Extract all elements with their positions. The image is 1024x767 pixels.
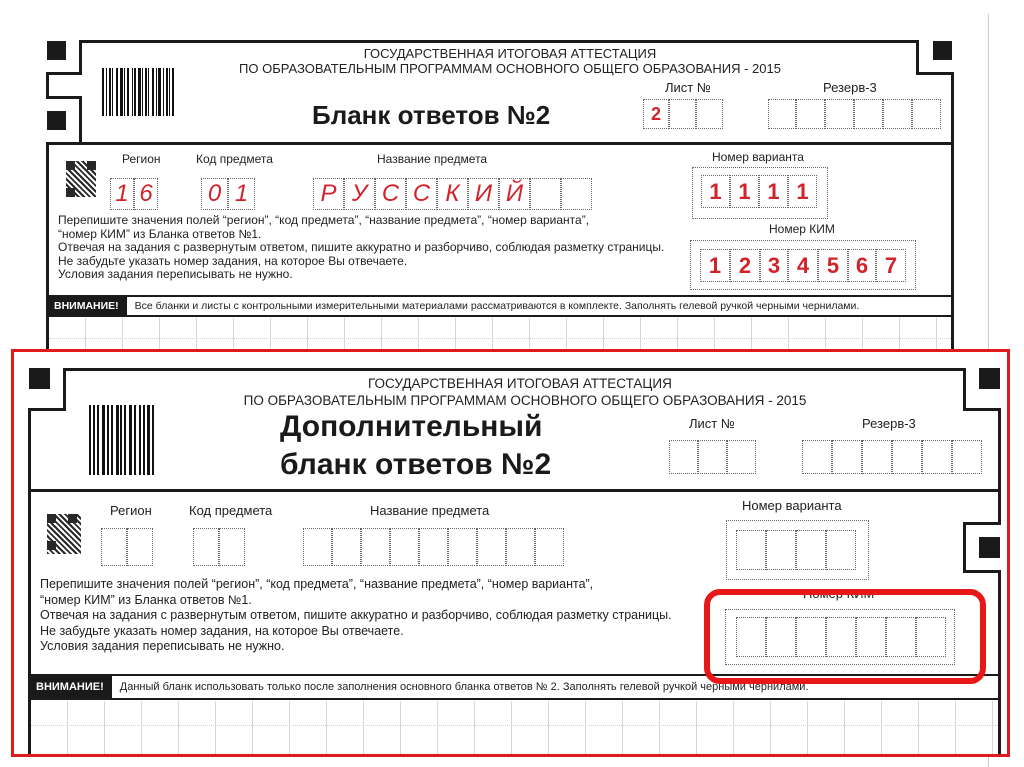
kim-highlight [704, 589, 986, 684]
kim-cell[interactable]: 6 [848, 249, 876, 282]
subject-name-cell[interactable]: У [344, 178, 375, 210]
variant-cell[interactable]: 1 [788, 175, 817, 208]
frame-line [46, 72, 82, 75]
region-label: Регион [122, 152, 161, 166]
frame-line [46, 96, 82, 99]
kim-cell[interactable]: 2 [730, 249, 760, 282]
subject-name-cell[interactable]: С [375, 178, 406, 210]
subject-name-label: Название предмета [377, 152, 487, 166]
reserve-cell[interactable] [854, 99, 883, 129]
subject-name-cells: Р У С С К И Й [313, 178, 592, 210]
form-title: Бланк ответов №2 [312, 100, 550, 131]
frame-line [46, 72, 49, 98]
variant-cells: 1 1 1 1 [701, 175, 817, 208]
reserve-cells [768, 99, 941, 129]
region-cells: 1 6 [110, 178, 158, 210]
barcode [102, 68, 174, 116]
warning-text: Все бланки и листы с контрольными измери… [127, 300, 860, 312]
subject-name-cell[interactable]: С [406, 178, 437, 210]
subject-code-label: Код предмета [196, 152, 273, 166]
frame-line [916, 72, 954, 75]
sheet-number-cell[interactable] [669, 99, 696, 129]
kim-label: Номер КИМ [769, 222, 835, 236]
kim-cell[interactable]: 1 [700, 249, 730, 282]
reserve-cell[interactable] [796, 99, 825, 129]
answer-grid[interactable] [49, 318, 951, 350]
warning-label: ВНИМАНИЕ! [46, 297, 127, 315]
instruction-line: Не забудьте указать номер задания, на ко… [58, 255, 664, 269]
frame-line [79, 40, 82, 73]
instruction-line: Перепишите значения полей “регион”, “код… [58, 214, 664, 228]
subject-name-cell[interactable]: Й [499, 178, 530, 210]
frame-line [46, 142, 954, 145]
region-cell[interactable]: 1 [110, 178, 134, 210]
reserve-cell[interactable] [883, 99, 912, 129]
frame-line [916, 40, 919, 74]
subject-name-cell[interactable] [530, 178, 561, 210]
subject-code-cell[interactable]: 1 [228, 178, 255, 210]
marker-square [933, 41, 952, 60]
subject-name-cell[interactable]: К [437, 178, 468, 210]
sheet-number-cell[interactable]: 2 [643, 99, 669, 129]
region-cell[interactable]: 6 [134, 178, 158, 210]
sheet-number-label: Лист № [665, 80, 711, 95]
reserve-cell[interactable] [825, 99, 854, 129]
reserve-label: Резерв-3 [823, 80, 877, 95]
variant-cell[interactable]: 1 [701, 175, 730, 208]
subject-name-cell[interactable]: И [468, 178, 499, 210]
subject-code-cell[interactable]: 0 [201, 178, 228, 210]
reserve-cell[interactable] [912, 99, 941, 129]
subject-name-cell[interactable] [561, 178, 592, 210]
qr-code [66, 161, 96, 197]
sheet-number-cell[interactable] [696, 99, 723, 129]
kim-cell[interactable]: 5 [818, 249, 848, 282]
subject-code-cells: 0 1 [201, 178, 255, 210]
variant-cell[interactable]: 1 [759, 175, 788, 208]
instructions: Перепишите значения полей “регион”, “код… [58, 214, 664, 282]
kim-cell[interactable]: 7 [876, 249, 906, 282]
header-line-1: ГОСУДАРСТВЕННАЯ ИТОГОВАЯ АТТЕСТАЦИЯ [360, 46, 660, 62]
marker-square [47, 111, 66, 130]
sheet-number-cells: 2 [643, 99, 723, 129]
frame-line [79, 96, 82, 144]
warning-bar: ВНИМАНИЕ! Все бланки и листы с контрольн… [46, 295, 954, 317]
instruction-line: Отвечая на задания с развернутым ответом… [58, 241, 664, 255]
subject-name-cell[interactable]: Р [313, 178, 344, 210]
header-line-2: ПО ОБРАЗОВАТЕЛЬНЫМ ПРОГРАММАМ ОСНОВНОГО … [230, 61, 790, 77]
highlight-frame [11, 349, 1010, 757]
instruction-line: “номер КИМ” из Бланка ответов №1. [58, 228, 664, 242]
kim-cell[interactable]: 3 [760, 249, 788, 282]
grid-line [49, 338, 951, 339]
variant-label: Номер варианта [712, 150, 804, 164]
kim-cells: 1 2 3 4 5 6 7 [700, 249, 906, 282]
kim-cell[interactable]: 4 [788, 249, 818, 282]
instruction-line: Условия задания переписывать не нужно. [58, 268, 664, 282]
frame-line [79, 40, 918, 43]
reserve-cell[interactable] [768, 99, 796, 129]
marker-square [47, 41, 66, 60]
variant-cell[interactable]: 1 [730, 175, 759, 208]
